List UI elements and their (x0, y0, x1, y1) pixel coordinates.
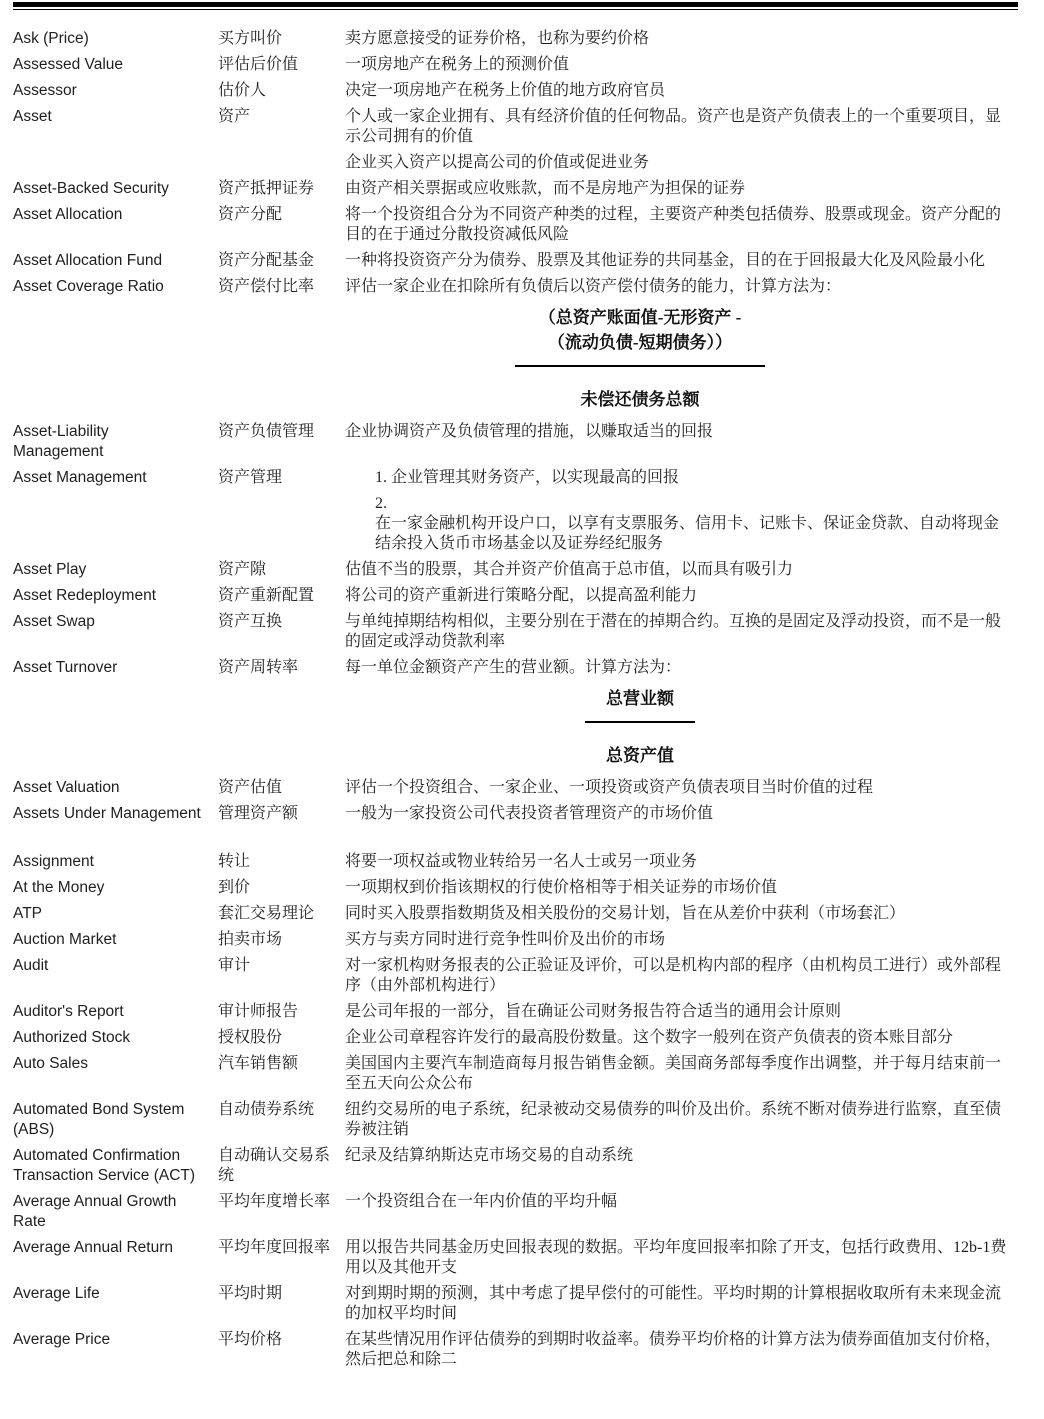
term-english: Auction Market (13, 930, 218, 950)
definition: 个人或一家企业拥有、具有经济价值的任何物品。资产也是资产负债表上的一个重要项目，… (345, 107, 1007, 173)
definition: 与单纯掉期结构相似，主要分别在于潜在的掉期合约。互换的是固定及浮动投资，而不是一… (345, 612, 1007, 652)
term-chinese: 套汇交易理论 (218, 904, 345, 924)
definition: 一项房地产在税务上的预测价值 (345, 55, 1007, 75)
definition-paragraph: 一般为一家投资公司代表投资者管理资产的市场价值 (345, 804, 1007, 824)
glossary-row: Average Life平均时期对到期时期的预测，其中考虑了提早偿付的可能性。平… (13, 1284, 1018, 1324)
glossary-page: Ask (Price)买方叫价卖方愿意接受的证券价格，也称为要约价格Assess… (0, 0, 1044, 1419)
top-rule-thick (13, 2, 1018, 7)
term-english: Asset Coverage Ratio (13, 277, 218, 297)
term-chinese: 资产重新配置 (218, 586, 345, 606)
glossary-row: Assignment转让将要一项权益或物业转给另一名人士或另一项业务 (13, 852, 1018, 872)
term-chinese: 资产 (218, 107, 345, 173)
term-english: ATP (13, 904, 218, 924)
term-chinese: 汽车销售额 (218, 1054, 345, 1094)
term-english: Assessor (13, 81, 218, 101)
definition: 决定一项房地产在税务上价值的地方政府官员 (345, 81, 1007, 101)
top-rule-thin (13, 9, 1018, 10)
definition-paragraph: 2. (345, 494, 1007, 514)
term-chinese: 资产分配 (218, 205, 345, 245)
definition-paragraph: 企业协调资产及负债管理的措施，以赚取适当的回报 (345, 422, 1007, 442)
glossary-row: Average Annual Growth Rate平均年度增长率一个投资组合在… (13, 1192, 1018, 1232)
term-english: Auditor's Report (13, 1002, 218, 1022)
formula-numerator-line: （流动负债-短期债务）） (345, 330, 935, 355)
term-english: Assignment (13, 852, 218, 872)
glossary-row: Asset Play资产隙估值不当的股票，其合并资产价值高于总市值，以而具有吸引… (13, 560, 1018, 580)
term-chinese: 拍卖市场 (218, 930, 345, 950)
fraction-bar (585, 721, 695, 723)
definition: 评估一个投资组合、一家企业、一项投资或资产负债表项目当时价值的过程 (345, 778, 1007, 798)
term-chinese: 评估后价值 (218, 55, 345, 75)
formula-block: （总资产账面值-无形资产 -（流动负债-短期债务））未偿还债务总额 (345, 305, 935, 412)
term-english: Assets Under Management (13, 804, 218, 824)
term-chinese: 审计师报告 (218, 1002, 345, 1022)
glossary-row: Average Price平均价格在某些情况用作评估债券的到期时收益率。债券平均… (13, 1330, 1018, 1370)
definition: 一项期权到价指该期权的行使价格相等于相关证券的市场价值 (345, 878, 1007, 898)
glossary-row: Average Annual Return平均年度回报率用以报告共同基金历史回报… (13, 1238, 1018, 1278)
glossary-row: Authorized Stock授权股份企业公司章程容许发行的最高股份数量。这个… (13, 1028, 1018, 1048)
glossary-row: Asset Turnover资产周转率每一单位金额资产产生的营业额。计算方法为： (13, 658, 1018, 678)
definition-paragraph: 对一家机构财务报表的公正验证及评价，可以是机构内部的程序（由机构员工进行）或外部… (345, 956, 1007, 996)
definition-paragraph: 由资产相关票据或应收账款，而不是房地产为担保的证券 (345, 179, 1007, 199)
term-chinese: 资产周转率 (218, 658, 345, 678)
definition-paragraph: 对到期时期的预测，其中考虑了提早偿付的可能性。平均时期的计算根据收取所有未来现金… (345, 1284, 1007, 1324)
term-english: Asset Swap (13, 612, 218, 652)
formula-numerator-line: 总营业额 (345, 686, 935, 711)
term-english: At the Money (13, 878, 218, 898)
glossary-row: Assessor估价人决定一项房地产在税务上价值的地方政府官员 (13, 81, 1018, 101)
term-chinese: 平均价格 (218, 1330, 345, 1370)
term-english: Average Annual Growth Rate (13, 1192, 218, 1232)
term-chinese: 资产抵押证券 (218, 179, 345, 199)
term-chinese: 资产分配基金 (218, 251, 345, 271)
glossary-row: ATP套汇交易理论同时买入股票指数期货及相关股份的交易计划，旨在从差价中获利（市… (13, 904, 1018, 924)
definition: 纪录及结算纳斯达克市场交易的自动系统 (345, 1146, 1007, 1186)
glossary-row: At the Money到价一项期权到价指该期权的行使价格相等于相关证券的市场价… (13, 878, 1018, 898)
term-chinese: 资产偿付比率 (218, 277, 345, 297)
glossary-row: Asset-Liability Management资产负债管理企业协调资产及负… (13, 422, 1018, 462)
term-english: Asset-Liability Management (13, 422, 218, 462)
term-english: Automated Confirmation Transaction Servi… (13, 1146, 218, 1186)
definition: 卖方愿意接受的证券价格，也称为要约价格 (345, 29, 1007, 49)
definition: 一般为一家投资公司代表投资者管理资产的市场价值 (345, 804, 1007, 824)
term-english: Asset Valuation (13, 778, 218, 798)
definition: 纽约交易所的电子系统，纪录被动交易债券的叫价及出价。系统不断对债券进行监察，直至… (345, 1100, 1007, 1140)
definition-paragraph: 将要一项权益或物业转给另一名人士或另一项业务 (345, 852, 1007, 872)
term-chinese: 资产隙 (218, 560, 345, 580)
definition-paragraph: 在一家金融机构开设户口，以享有支票服务、信用卡、记账卡、保证金贷款、自动将现金结… (345, 514, 1007, 554)
definition: 将一个投资组合分为不同资产种类的过程，主要资产种类包括债券、股票或现金。资产分配… (345, 205, 1007, 245)
definition-paragraph: 1. 企业管理其财务资产，以实现最高的回报 (345, 468, 1007, 488)
glossary-row: Auction Market拍卖市场买方与卖方同时进行竞争性叫价及出价的市场 (13, 930, 1018, 950)
definition-paragraph: 纽约交易所的电子系统，纪录被动交易债券的叫价及出价。系统不断对债券进行监察，直至… (345, 1100, 1007, 1140)
term-english: Asset (13, 107, 218, 173)
term-english: Automated Bond System (ABS) (13, 1100, 218, 1140)
term-english: Assessed Value (13, 55, 218, 75)
term-english: Auto Sales (13, 1054, 218, 1094)
term-english: Authorized Stock (13, 1028, 218, 1048)
glossary-row: Asset Valuation资产估值评估一个投资组合、一家企业、一项投资或资产… (13, 778, 1018, 798)
definition: 1. 企业管理其财务资产，以实现最高的回报2.在一家金融机构开设户口，以享有支票… (345, 468, 1007, 554)
term-chinese: 自动确认交易系 统 (218, 1146, 345, 1186)
definition-paragraph: 买方与卖方同时进行竞争性叫价及出价的市场 (345, 930, 1007, 950)
definition: 是公司年报的一部分，旨在确证公司财务报告符合适当的通用会计原则 (345, 1002, 1007, 1022)
glossary-row: Asset Coverage Ratio资产偿付比率评估一家企业在扣除所有负债后… (13, 277, 1018, 297)
definition-paragraph: 估值不当的股票，其合并资产价值高于总市值，以而具有吸引力 (345, 560, 1007, 580)
term-chinese: 资产管理 (218, 468, 345, 554)
fraction-bar (515, 365, 765, 367)
term-chinese: 到价 (218, 878, 345, 898)
definition: 企业公司章程容许发行的最高股份数量。这个数字一般列在资产负债表的资本账目部分 (345, 1028, 1007, 1048)
definition-paragraph: 纪录及结算纳斯达克市场交易的自动系统 (345, 1146, 1007, 1166)
term-chinese: 平均时期 (218, 1284, 345, 1324)
row-spacer (13, 830, 1018, 852)
term-english: Average Life (13, 1284, 218, 1324)
definition: 由资产相关票据或应收账款，而不是房地产为担保的证券 (345, 179, 1007, 199)
term-english: Asset Allocation (13, 205, 218, 245)
term-chinese: 买方叫价 (218, 29, 345, 49)
definition: 在某些情况用作评估债券的到期时收益率。债券平均价格的计算方法为债券面值加支付价格… (345, 1330, 1007, 1370)
glossary-row: Asset Allocation Fund资产分配基金一种将投资资产分为债券、股… (13, 251, 1018, 271)
glossary-row: Audit审计对一家机构财务报表的公正验证及评价，可以是机构内部的程序（由机构员… (13, 956, 1018, 996)
term-chinese: 资产估值 (218, 778, 345, 798)
term-chinese: 自动债券系统 (218, 1100, 345, 1140)
glossary-row: Assessed Value评估后价值一项房地产在税务上的预测价值 (13, 55, 1018, 75)
glossary-row: Asset Allocation资产分配将一个投资组合分为不同资产种类的过程，主… (13, 205, 1018, 245)
term-chinese: 转让 (218, 852, 345, 872)
definition: 同时买入股票指数期货及相关股份的交易计划，旨在从差价中获利（市场套汇） (345, 904, 1007, 924)
definition: 一种将投资资产分为债券、股票及其他证券的共同基金，目的在于回报最大化及风险最小化 (345, 251, 1007, 271)
definition-paragraph: 一项房地产在税务上的预测价值 (345, 55, 1007, 75)
term-chinese: 平均年度增长率 (218, 1192, 345, 1232)
definition-paragraph: 一项期权到价指该期权的行使价格相等于相关证券的市场价值 (345, 878, 1007, 898)
term-english: Asset Allocation Fund (13, 251, 218, 271)
definition-paragraph: 决定一项房地产在税务上价值的地方政府官员 (345, 81, 1007, 101)
definition: 估值不当的股票，其合并资产价值高于总市值，以而具有吸引力 (345, 560, 1007, 580)
term-chinese: 授权股份 (218, 1028, 345, 1048)
definition-paragraph: 一种将投资资产分为债券、股票及其他证券的共同基金，目的在于回报最大化及风险最小化 (345, 251, 1007, 271)
definition-paragraph: 同时买入股票指数期货及相关股份的交易计划，旨在从差价中获利（市场套汇） (345, 904, 1007, 924)
definition: 对到期时期的预测，其中考虑了提早偿付的可能性。平均时期的计算根据收取所有未来现金… (345, 1284, 1007, 1324)
term-english: Asset Turnover (13, 658, 218, 678)
definition: 买方与卖方同时进行竞争性叫价及出价的市场 (345, 930, 1007, 950)
term-english: Asset-Backed Security (13, 179, 218, 199)
definition: 评估一家企业在扣除所有负债后以资产偿付债务的能力，计算方法为： (345, 277, 1007, 297)
term-english: Ask (Price) (13, 29, 218, 49)
definition-paragraph: 一个投资组合在一年内价值的平均升幅 (345, 1192, 1007, 1212)
definition: 对一家机构财务报表的公正验证及评价，可以是机构内部的程序（由机构员工进行）或外部… (345, 956, 1007, 996)
term-chinese: 估价人 (218, 81, 345, 101)
definition: 每一单位金额资产产生的营业额。计算方法为： (345, 658, 1007, 678)
definition: 将要一项权益或物业转给另一名人士或另一项业务 (345, 852, 1007, 872)
definition-paragraph: 评估一家企业在扣除所有负债后以资产偿付债务的能力，计算方法为： (345, 277, 1007, 297)
definition-paragraph: 是公司年报的一部分，旨在确证公司财务报告符合适当的通用会计原则 (345, 1002, 1007, 1022)
glossary-row: Assets Under Management管理资产额一般为一家投资公司代表投… (13, 804, 1018, 824)
glossary-row: Asset Swap资产互换与单纯掉期结构相似，主要分别在于潜在的掉期合约。互换… (13, 612, 1018, 652)
definition-paragraph: 个人或一家企业拥有、具有经济价值的任何物品。资产也是资产负债表上的一个重要项目，… (345, 107, 1007, 147)
glossary-row: Ask (Price)买方叫价卖方愿意接受的证券价格，也称为要约价格 (13, 29, 1018, 49)
definition: 用以报告共同基金历史回报表现的数据。平均年度回报率扣除了开支，包括行政费用、12… (345, 1238, 1007, 1278)
glossary-row: Automated Confirmation Transaction Servi… (13, 1146, 1018, 1186)
definition-paragraph: 评估一个投资组合、一家企业、一项投资或资产负债表项目当时价值的过程 (345, 778, 1007, 798)
glossary-row: Asset Redeployment资产重新配置将公司的资产重新进行策略分配，以… (13, 586, 1018, 606)
term-english: Audit (13, 956, 218, 996)
definition-paragraph: 用以报告共同基金历史回报表现的数据。平均年度回报率扣除了开支，包括行政费用、12… (345, 1238, 1007, 1278)
definition: 美国国内主要汽车制造商每月报告销售金额。美国商务部每季度作出调整，并于每月结束前… (345, 1054, 1007, 1094)
definition-paragraph: 与单纯掉期结构相似，主要分别在于潜在的掉期合约。互换的是固定及浮动投资，而不是一… (345, 612, 1007, 652)
definition: 企业协调资产及负债管理的措施，以赚取适当的回报 (345, 422, 1007, 462)
term-chinese: 平均年度回报率 (218, 1238, 345, 1278)
definition-paragraph: 将一个投资组合分为不同资产种类的过程，主要资产种类包括债券、股票或现金。资产分配… (345, 205, 1007, 245)
definition: 一个投资组合在一年内价值的平均升幅 (345, 1192, 1007, 1232)
term-english: Average Annual Return (13, 1238, 218, 1278)
definition-paragraph: 企业公司章程容许发行的最高股份数量。这个数字一般列在资产负债表的资本账目部分 (345, 1028, 1007, 1048)
definition-paragraph: 企业买入资产以提高公司的价值或促进业务 (345, 153, 1007, 173)
formula-denominator: 未偿还债务总额 (345, 387, 935, 412)
term-chinese: 资产互换 (218, 612, 345, 652)
glossary-row: Asset Management资产管理1. 企业管理其财务资产，以实现最高的回… (13, 468, 1018, 554)
glossary-row: Auditor's Report审计师报告是公司年报的一部分，旨在确证公司财务报… (13, 1002, 1018, 1022)
definition-paragraph: 卖方愿意接受的证券价格，也称为要约价格 (345, 29, 1007, 49)
term-english: Asset Management (13, 468, 218, 554)
glossary-rows: Ask (Price)买方叫价卖方愿意接受的证券价格，也称为要约价格Assess… (13, 29, 1018, 1370)
glossary-row: Automated Bond System (ABS)自动债券系统纽约交易所的电… (13, 1100, 1018, 1140)
term-english: Asset Play (13, 560, 218, 580)
formula-numerator-line: （总资产账面值-无形资产 - (345, 305, 935, 330)
glossary-row: Asset资产个人或一家企业拥有、具有经济价值的任何物品。资产也是资产负债表上的… (13, 107, 1018, 173)
definition-paragraph: 将公司的资产重新进行策略分配，以提高盈利能力 (345, 586, 1007, 606)
formula-denominator: 总资产值 (345, 743, 935, 768)
definition-paragraph: 每一单位金额资产产生的营业额。计算方法为： (345, 658, 1007, 678)
formula-block: 总营业额总资产值 (345, 686, 935, 768)
definition: 将公司的资产重新进行策略分配，以提高盈利能力 (345, 586, 1007, 606)
glossary-row: Asset-Backed Security资产抵押证券由资产相关票据或应收账款，… (13, 179, 1018, 199)
glossary-row: Auto Sales汽车销售额美国国内主要汽车制造商每月报告销售金额。美国商务部… (13, 1054, 1018, 1094)
term-english: Asset Redeployment (13, 586, 218, 606)
definition-paragraph: 美国国内主要汽车制造商每月报告销售金额。美国商务部每季度作出调整，并于每月结束前… (345, 1054, 1007, 1094)
definition-paragraph: 在某些情况用作评估债券的到期时收益率。债券平均价格的计算方法为债券面值加支付价格… (345, 1330, 1007, 1370)
term-chinese: 审计 (218, 956, 345, 996)
term-english: Average Price (13, 1330, 218, 1370)
term-chinese: 管理资产额 (218, 804, 345, 824)
term-chinese: 资产负债管理 (218, 422, 345, 462)
